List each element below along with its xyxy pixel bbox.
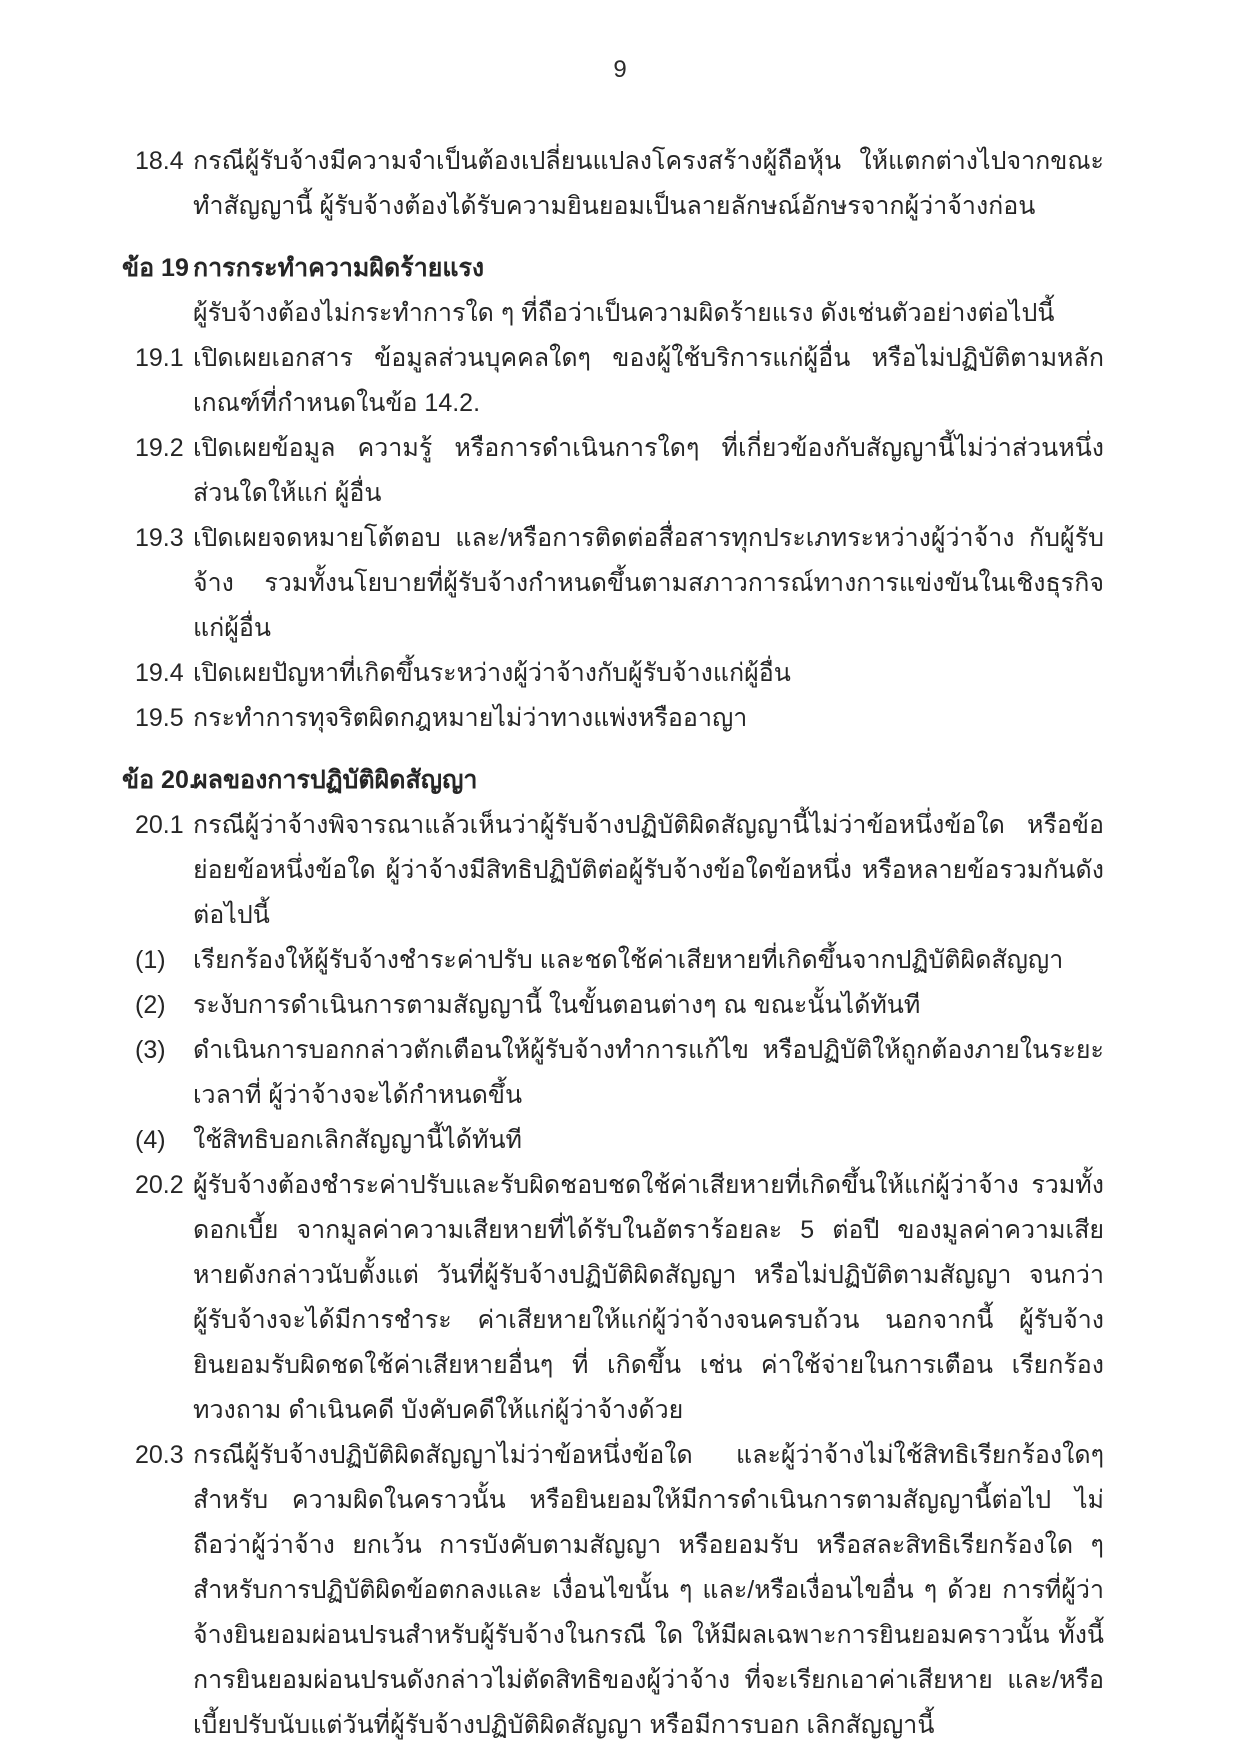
clause-number: (1) [122,938,193,983]
clause-text: เรียกร้องให้ผู้รับจ้างชำระค่าปรับ และชดใ… [193,938,1104,983]
subclause-3: (3) ดำเนินการบอกกล่าวตักเตือนให้ผู้รับจ้… [122,1028,1104,1118]
clause-text: กรณีผู้ว่าจ้างพิจารณาแล้วเห็นว่าผู้รับจ้… [193,803,1104,938]
clause-20-2: 20.2 ผู้รับจ้างต้องชำระค่าปรับและรับผิดช… [122,1163,1104,1433]
contract-body: 18.4 กรณีผู้รับจ้างมีความจำเป็นต้องเปลี่… [122,139,1104,1748]
section-19-intro: ผู้รับจ้างต้องไม่กระทำการใด ๆ ที่ถือว่าเ… [122,291,1104,336]
clause-number: (4) [122,1118,193,1163]
clause-number: 19.4 [122,651,193,696]
clause-text: เปิดเผยปัญหาที่เกิดขึ้นระหว่างผู้ว่าจ้าง… [193,651,1104,696]
clause-20-3: 20.3 กรณีผู้รับจ้างปฏิบัติผิดสัญญาไม่ว่า… [122,1433,1104,1748]
clause-19-1: 19.1 เปิดเผยเอกสาร ข้อมูลส่วนบุคคลใดๆ ขอ… [122,336,1104,426]
clause-number: 20.3 [122,1433,193,1478]
clause-19-2: 19.2 เปิดเผยข้อมูล ความรู้ หรือการดำเนิน… [122,426,1104,516]
subclause-2: (2) ระงับการดำเนินการตามสัญญานี้ ในขั้นต… [122,983,1104,1028]
clause-number: 19.2 [122,426,193,471]
subclause-4: (4) ใช้สิทธิบอกเลิกสัญญานี้ได้ทันที [122,1118,1104,1163]
clause-number: (3) [122,1028,193,1073]
clause-number: 19.3 [122,516,193,561]
document-page: 9 18.4 กรณีผู้รับจ้างมีความจำเป็นต้องเปล… [0,0,1240,1755]
clause-19-3: 19.3 เปิดเผยจดหมายโต้ตอบ และ/หรือการติดต… [122,516,1104,651]
clause-text: เปิดเผยจดหมายโต้ตอบ และ/หรือการติดต่อสื่… [193,516,1104,651]
section-title: การกระทำความผิดร้ายแรง [193,246,1104,291]
clause-text: เปิดเผยเอกสาร ข้อมูลส่วนบุคคลใดๆ ของผู้ใ… [193,336,1104,426]
page-number: 9 [0,55,1240,85]
clause-text: ผู้รับจ้างต้องชำระค่าปรับและรับผิดชอบชดใ… [193,1163,1104,1433]
clause-number: 19.5 [122,696,193,741]
section-label: ข้อ 19 [122,246,193,291]
clause-number: 20.2 [122,1163,193,1208]
clause-text: ระงับการดำเนินการตามสัญญานี้ ในขั้นตอนต่… [193,983,1104,1028]
clause-number: 19.1 [122,336,193,381]
clause-18-4: 18.4 กรณีผู้รับจ้างมีความจำเป็นต้องเปลี่… [122,139,1104,229]
clause-19-4: 19.4 เปิดเผยปัญหาที่เกิดขึ้นระหว่างผู้ว่… [122,651,1104,696]
section-19-heading: ข้อ 19 การกระทำความผิดร้ายแรง [122,246,1104,291]
clause-text: กรณีผู้รับจ้างปฏิบัติผิดสัญญาไม่ว่าข้อหน… [193,1433,1104,1748]
clause-19-5: 19.5 กระทำการทุจริตผิดกฎหมายไม่ว่าทางแพ่… [122,696,1104,741]
section-title: ผลของการปฏิบัติผิดสัญญา [193,758,1104,803]
section-20-heading: ข้อ 20. ผลของการปฏิบัติผิดสัญญา [122,758,1104,803]
clause-text: กระทำการทุจริตผิดกฎหมายไม่ว่าทางแพ่งหรือ… [193,696,1104,741]
subclause-1: (1) เรียกร้องให้ผู้รับจ้างชำระค่าปรับ แล… [122,938,1104,983]
clause-number: (2) [122,983,193,1028]
clause-text: เปิดเผยข้อมูล ความรู้ หรือการดำเนินการใด… [193,426,1104,516]
clause-20-1: 20.1 กรณีผู้ว่าจ้างพิจารณาแล้วเห็นว่าผู้… [122,803,1104,938]
clause-number: 18.4 [122,139,193,184]
paragraph-text: ผู้รับจ้างต้องไม่กระทำการใด ๆ ที่ถือว่าเ… [193,291,1104,336]
clause-text: กรณีผู้รับจ้างมีความจำเป็นต้องเปลี่ยนแปล… [193,139,1104,229]
section-label: ข้อ 20. [122,758,193,803]
clause-text: ใช้สิทธิบอกเลิกสัญญานี้ได้ทันที [193,1118,1104,1163]
clause-text: ดำเนินการบอกกล่าวตักเตือนให้ผู้รับจ้างทำ… [193,1028,1104,1118]
clause-number: 20.1 [122,803,193,848]
